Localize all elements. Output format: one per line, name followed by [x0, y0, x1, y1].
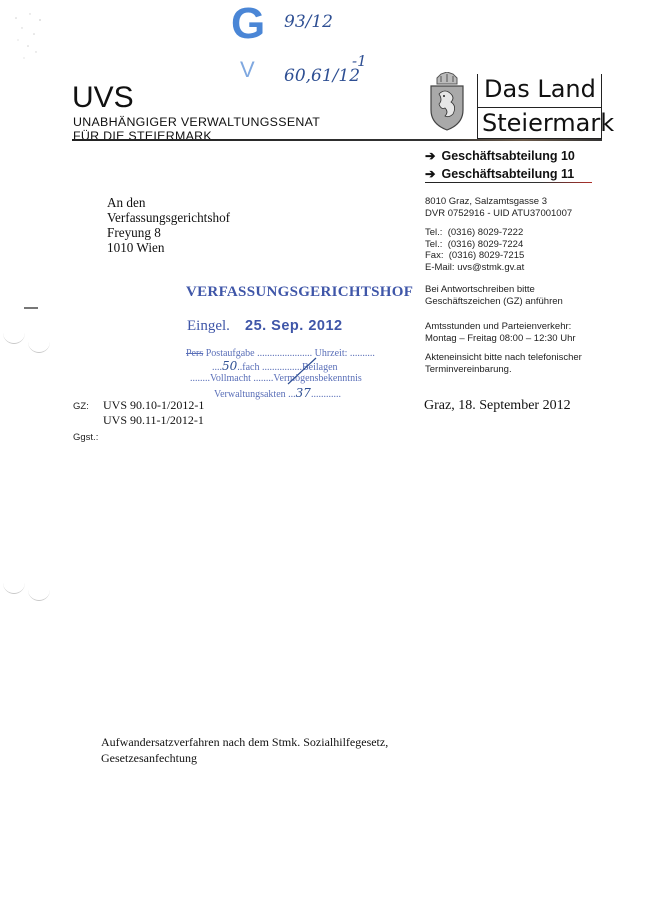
- receipt-stamp-label: Eingel.: [187, 318, 230, 335]
- reference-label: GZ:: [73, 401, 89, 412]
- office-hours: Amtsstunden und Parteienverkehr: Montag …: [425, 321, 576, 344]
- recipient-line: Freyung 8: [107, 225, 230, 240]
- punch-hole-shadow: [28, 590, 50, 601]
- coat-of-arms-icon: [429, 72, 465, 132]
- receipt-stamp-date: 25. Sep. 2012: [245, 318, 343, 334]
- receipt-stamp-line-1: Pers Postaufgabe ...................... …: [186, 348, 375, 360]
- check-mark-icon: V: [240, 58, 255, 82]
- recipient-address: An den Verfassungsgerichtshof Freyung 8 …: [107, 195, 230, 255]
- punch-mark: [24, 307, 38, 309]
- reference-numbers: UVS 90.10-1/2012-1 UVS 90.11-1/2012-1: [103, 398, 204, 428]
- struck-text: Pers: [186, 348, 203, 359]
- handwritten-case-numbers: 60,61/12: [284, 66, 360, 86]
- punch-hole-shadow: [3, 583, 25, 594]
- reference-number: UVS 90.10-1/2012-1: [103, 398, 204, 413]
- subject-line: Gesetzesanfechtung: [101, 751, 388, 767]
- subject-text: Aufwandersatzverfahren nach dem Stmk. So…: [101, 735, 388, 766]
- department-11: ➔Geschäftsabteilung 11: [425, 166, 574, 182]
- recipient-line: An den: [107, 195, 230, 210]
- receipt-stamp-heading: VERFASSUNGSGERICHTSHOF: [186, 284, 413, 301]
- handwritten-copies: 50: [222, 359, 237, 373]
- punch-hole-shadow: [28, 342, 50, 353]
- receipt-stamp-line-4: Verwaltungsakten ...37............: [214, 387, 341, 401]
- arrow-right-icon: ➔: [425, 167, 435, 181]
- sender-name-line-1: UNABHÄNGIGER VERWALTUNGSSENAT: [73, 115, 320, 129]
- recipient-line: Verfassungsgerichtshof: [107, 210, 230, 225]
- letter-date: Graz, 18. September 2012: [424, 398, 571, 414]
- recipient-line: 1010 Wien: [107, 240, 230, 255]
- subject-line: Aufwandersatzverfahren nach dem Stmk. So…: [101, 735, 388, 751]
- header-divider: [72, 139, 602, 141]
- logo-text-line-2: Steiermark: [482, 108, 614, 138]
- department-label: Geschäftsabteilung 10: [441, 149, 574, 163]
- sender-short-name: UVS: [72, 82, 134, 114]
- handwritten-suffix: -1: [352, 52, 367, 70]
- department-underline: [425, 182, 592, 183]
- department-label: Geschäftsabteilung 11: [441, 167, 574, 181]
- punch-hole-shadow: [3, 333, 25, 344]
- file-inspection-note: Akteneinsicht bitte nach telefonischer T…: [425, 352, 582, 375]
- stamp-text: Verwaltungsakten ...: [214, 389, 296, 400]
- stamp-text: ............: [311, 389, 341, 400]
- handwritten-slash: [284, 356, 320, 386]
- logo-text-line-1: Das Land: [484, 74, 596, 104]
- reference-number: UVS 90.11-1/2012-1: [103, 413, 204, 428]
- arrow-right-icon: ➔: [425, 149, 435, 163]
- stamp-text: ....: [212, 362, 222, 373]
- subject-label: Ggst.:: [73, 432, 98, 443]
- registry-stamp-letter: G: [231, 2, 265, 46]
- handwritten-case-number: 93/12: [284, 12, 333, 32]
- sender-address: 8010 Graz, Salzamtsgasse 3 DVR 0752916 -…: [425, 196, 572, 219]
- scan-noise: [10, 6, 50, 66]
- handwritten-files: 37: [296, 386, 311, 400]
- reply-note: Bei Antwortschreiben bitte Geschäftszeic…: [425, 284, 563, 307]
- department-10: ➔Geschäftsabteilung 10: [425, 148, 575, 164]
- receipt-stamp-line-3: ........Vollmacht ........Vermögensbeken…: [190, 373, 362, 385]
- sender-phone-email: Tel.: (0316) 8029-7222 Tel.: (0316) 8029…: [425, 227, 524, 273]
